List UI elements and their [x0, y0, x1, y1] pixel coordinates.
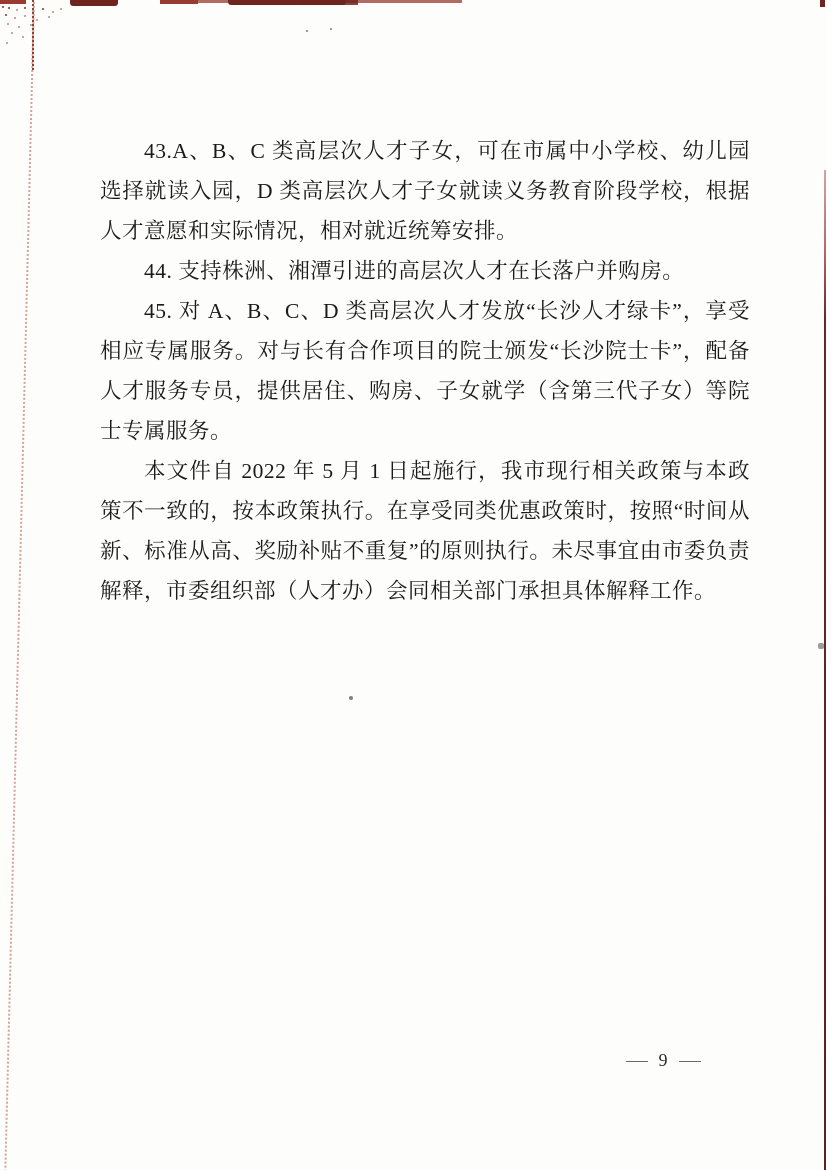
paragraph-closing: 本文件自 2022 年 5 月 1 日起施行，我市现行相关政策与本政策不一致的，…	[100, 451, 750, 611]
scan-artifact-speck	[306, 30, 308, 32]
paragraph-45: 45. 对 A、B、C、D 类高层次人才发放“长沙人才绿卡”，享受相应专属服务。…	[100, 291, 750, 451]
scan-artifact-corner-speckles	[2, 6, 4, 8]
scan-artifact-left-dotted-line-top	[32, 0, 34, 70]
scan-artifact-speck	[330, 28, 332, 30]
scan-artifact-top-dash	[70, 0, 118, 6]
scan-artifact-top-dash	[300, 0, 358, 5]
scan-artifact-speck	[818, 643, 824, 649]
scan-artifact-speck	[349, 696, 353, 700]
page-number-right-dash: —	[679, 1050, 701, 1071]
scan-artifact-right-edge-line	[824, 170, 826, 1170]
document-body: 43.A、B、C 类高层次人才子女，可在市属中小学校、幼儿园选择就读入园，D 类…	[100, 131, 750, 611]
page-number-left-dash: —	[626, 1050, 648, 1071]
paragraph-43: 43.A、B、C 类高层次人才子女，可在市属中小学校、幼儿园选择就读入园，D 类…	[100, 131, 750, 251]
scan-artifact-top-right-tick	[820, 0, 825, 7]
page-number-value: 9	[659, 1050, 668, 1071]
scan-artifact-left-dotted-line	[4, 0, 35, 1170]
scanned-document-page: 43.A、B、C 类高层次人才子女，可在市属中小学校、幼儿园选择就读入园，D 类…	[0, 0, 827, 1170]
paragraph-44: 44. 支持株洲、湘潭引进的高层次人才在长落户并购房。	[100, 251, 750, 291]
scan-artifact-top-dash	[0, 0, 26, 4]
page-number: — 9 —	[608, 1050, 718, 1071]
scan-artifact-top-dash	[160, 0, 198, 4]
